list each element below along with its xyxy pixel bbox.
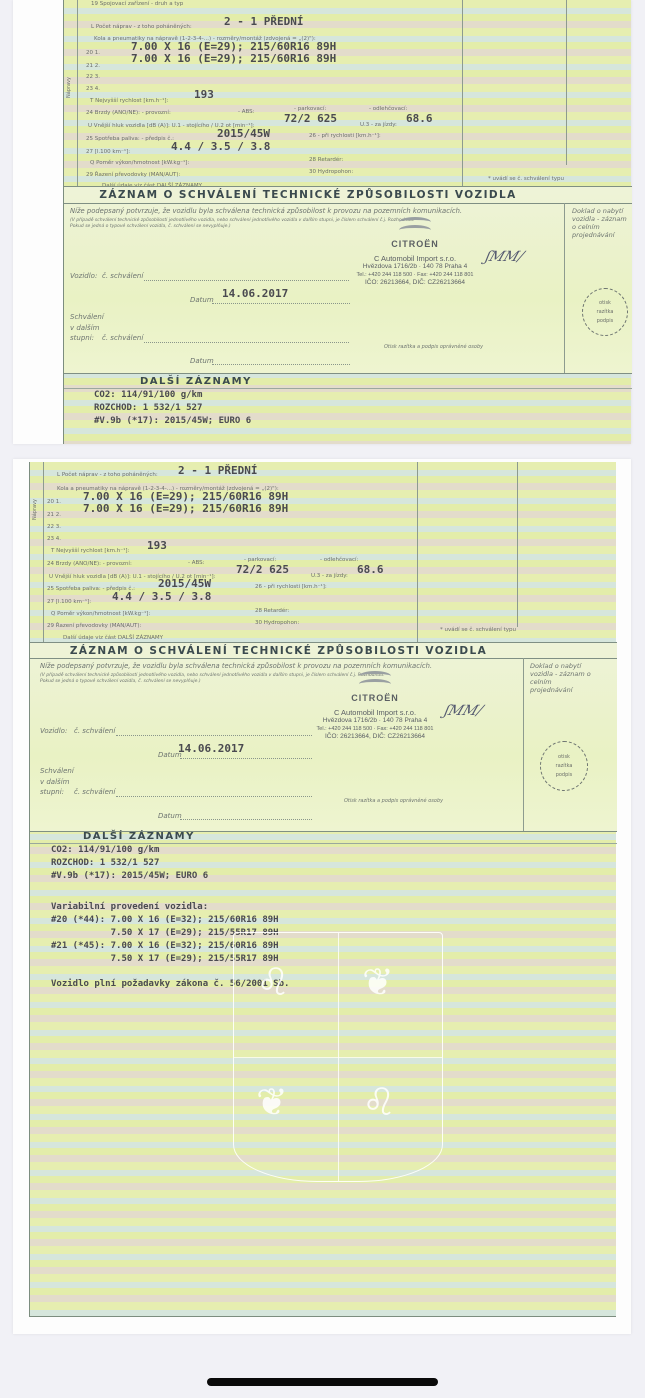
relief-brake-label: - odlehčovací: bbox=[369, 106, 407, 112]
date-value: 14.06.2017 bbox=[222, 287, 288, 300]
date-label: Datum bbox=[158, 812, 182, 820]
type-note: * uvádí se č. schválení typu bbox=[488, 176, 564, 182]
power-weight-label: Q Poměr výkon/hmotnost [kW.kg⁻¹]: bbox=[90, 160, 189, 166]
stamp-caption: Otisk razítka a podpis oprávněné osoby bbox=[384, 344, 483, 350]
hydro-label: 30 Hydropohon: bbox=[255, 620, 299, 626]
relief-brake-label: - odlehčovací: bbox=[320, 557, 358, 563]
wheel-row-label: 22 3. bbox=[47, 524, 61, 530]
next-stage-label: v dalším bbox=[40, 778, 69, 786]
wheel-row-value: 7.00 X 16 (E=29); 215/60R16 89H bbox=[83, 502, 288, 515]
stamp-text: podpis bbox=[583, 318, 627, 324]
axles-value: 2 - 1 PŘEDNÍ bbox=[224, 15, 303, 28]
approval-section: ZÁZNAM O SCHVÁLENÍ TECHNICKÉ ZPŮSOBILOST… bbox=[30, 643, 617, 831]
certificate-sheet: Nápravy 19 Spojovací zařízení - druh a t… bbox=[63, 0, 631, 444]
more-records-title: DALŠÍ ZÁZNAMY bbox=[83, 831, 195, 842]
next-stage-label: stupni: bbox=[70, 334, 94, 342]
fuel-value: 2015/45W bbox=[158, 577, 211, 590]
citroen-chevron-icon bbox=[399, 225, 431, 235]
stamp-text: razítka bbox=[583, 309, 627, 315]
max-speed-label: T Nejvyšší rychlost [km.h⁻¹]: bbox=[90, 98, 168, 104]
wheel-row-label: 22 3. bbox=[86, 74, 100, 80]
lion-icon: ♌ bbox=[362, 1083, 396, 1121]
company-stamp: CITROËN C Automobil Import s.r.o. Hvězdo… bbox=[300, 671, 450, 741]
gearbox-label: 29 Řazení převodovky (MAN/AUT): bbox=[47, 623, 141, 629]
wheel-row-label: 21 2. bbox=[47, 512, 61, 518]
max-speed-value: 193 bbox=[194, 88, 214, 101]
approval-number-label: č. schválení bbox=[102, 334, 143, 342]
approval-title: ZÁZNAM O SCHVÁLENÍ TECHNICKÉ ZPŮSOBILOST… bbox=[64, 189, 552, 201]
signature: ʃMM/ bbox=[483, 249, 526, 265]
approval-number-label: č. schválení bbox=[102, 272, 143, 280]
company-ids: IČO: 26213664, DIČ: CZ26213664 bbox=[300, 733, 450, 741]
stamp-text: razítka bbox=[541, 763, 587, 769]
approval-note-2: Pokud se jedná o typové schválení vozidl… bbox=[40, 679, 201, 684]
next-stage-label: Schválení bbox=[70, 313, 104, 321]
document-page-2[interactable]: Nápravy L Počet náprav - z toho poháněný… bbox=[13, 459, 631, 1334]
home-indicator[interactable] bbox=[207, 1378, 438, 1386]
left-strip bbox=[30, 462, 44, 643]
lion-icon: ♌ bbox=[256, 963, 290, 1001]
next-stage-label: v dalším bbox=[70, 324, 99, 332]
company-ids: IČO: 26213664, DIČ: CZ26213664 bbox=[340, 279, 490, 287]
variants-title: Variabilní provedení vozidla: bbox=[51, 902, 208, 912]
next-stage-label: stupni: bbox=[40, 788, 64, 796]
approval-note-2: Pokud se jedná o typové schválení vozidl… bbox=[70, 224, 231, 229]
axles-label: L Počet náprav - z toho poháněných: bbox=[57, 472, 158, 478]
max-speed-value: 193 bbox=[147, 539, 167, 552]
brakes-label: 24 Brzdy (ANO/NE): - provozní: bbox=[86, 110, 171, 116]
approval-number-label: č. schválení bbox=[74, 788, 115, 796]
vehicle-label: Vozidlo: bbox=[70, 272, 97, 280]
approval-section: ZÁZNAM O SCHVÁLENÍ TECHNICKÉ ZPŮSOBILOST… bbox=[64, 187, 632, 373]
company-address: Hvězdova 1716/2b · 140 78 Praha 4 bbox=[340, 263, 490, 271]
record-line: CO2: 114/91/100 g/km bbox=[51, 845, 159, 855]
brakes-label: 24 Brzdy (ANO/NE): - provozní: bbox=[47, 561, 132, 567]
citroen-chevron-icon bbox=[359, 679, 391, 689]
certificate-sheet: Nápravy L Počet náprav - z toho poháněný… bbox=[29, 462, 616, 1317]
date-label: Datum bbox=[190, 296, 214, 304]
abs-label: - ABS: bbox=[188, 560, 205, 566]
record-line: #V.9b (*17): 2015/45W; EURO 6 bbox=[51, 871, 208, 881]
axles-side-label: Nápravy bbox=[66, 77, 72, 98]
more-records-title: DALŠÍ ZÁZNAMY bbox=[140, 376, 252, 387]
stamp-caption: Otisk razítka a podpis oprávněné osoby bbox=[344, 798, 443, 804]
record-line: #V.9b (*17): 2015/45W; EURO 6 bbox=[94, 416, 251, 426]
type-note: * uvádí se č. schválení typu bbox=[440, 627, 516, 633]
variant-line: #20 (*44): 7.00 X 16 (E=32); 215/60R16 8… bbox=[51, 915, 279, 925]
vehicle-label: Vozidlo: bbox=[40, 727, 67, 735]
record-line: CO2: 114/91/100 g/km bbox=[94, 390, 202, 400]
axles-side-label: Nápravy bbox=[32, 499, 38, 520]
wheel-row-label: 21 2. bbox=[86, 63, 100, 69]
stamp-text: podpis bbox=[541, 772, 587, 778]
row19-label: 19 Spojovací zařízení - druh a typ bbox=[91, 1, 183, 7]
max-speed-label: T Nejvyšší rychlost [km.h⁻¹]: bbox=[51, 548, 129, 554]
noise-u3-value: 68.6 bbox=[357, 563, 384, 576]
company-brand: CITROËN bbox=[300, 693, 450, 703]
hydro-label: 30 Hydropohon: bbox=[309, 169, 353, 175]
wheel-row-label: 20 1. bbox=[47, 499, 61, 505]
company-brand: CITROËN bbox=[340, 239, 490, 249]
wheel-row-label: 20 1. bbox=[86, 50, 100, 56]
axles-label: L Počet náprav - z toho poháněných: bbox=[91, 24, 192, 30]
power-weight-label: Q Poměr výkon/hmotnost [kW.kg⁻¹]: bbox=[51, 611, 150, 617]
noise-u3-label: U.3 - za jízdy: bbox=[360, 122, 397, 128]
stamp-text: otisk bbox=[541, 754, 587, 760]
eagle-icon: ❦ bbox=[362, 963, 394, 1001]
coat-of-arms-watermark: ♌ ❦ ❦ ♌ bbox=[233, 932, 443, 1182]
approval-title: ZÁZNAM O SCHVÁLENÍ TECHNICKÉ ZPŮSOBILOST… bbox=[30, 645, 527, 657]
company-phone: Tel.: +420 244 118 500 · Fax: +420 244 1… bbox=[300, 725, 450, 733]
document-page-1[interactable]: Nápravy 19 Spojovací zařízení - druh a t… bbox=[13, 0, 631, 444]
retarder-label: 28 Retardér: bbox=[255, 608, 289, 614]
stamp-circle: otisk razítka podpis bbox=[582, 288, 628, 336]
retarder-label: 28 Retardér: bbox=[309, 157, 343, 163]
axles-value: 2 - 1 PŘEDNÍ bbox=[178, 464, 257, 477]
company-stamp: CITROËN C Automobil Import s.r.o. Hvězdo… bbox=[340, 217, 490, 287]
eagle-icon: ❦ bbox=[256, 1083, 288, 1121]
company-name: C Automobil Import s.r.o. bbox=[300, 709, 450, 717]
approval-statement: Níže podepsaný potvrzuje, že vozidlu byl… bbox=[70, 207, 462, 215]
gearbox-label: 29 Řazení převodovky (MAN/AUT): bbox=[86, 172, 180, 178]
consumption-label: 27 [l.100 km⁻¹]: bbox=[47, 599, 91, 605]
record-line: ROZCHOD: 1 532/1 527 bbox=[51, 858, 159, 868]
record-line: ROZCHOD: 1 532/1 527 bbox=[94, 403, 202, 413]
noise-value: 72/2 625 bbox=[236, 563, 289, 576]
consumption-label: 27 [l.100 km⁻¹]: bbox=[86, 149, 130, 155]
next-stage-label: Schválení bbox=[40, 767, 74, 775]
wheel-row-label: 23 4. bbox=[86, 86, 100, 92]
fuel-speed-label: 26 - při rychlosti [km.h⁻¹]: bbox=[255, 584, 327, 590]
company-phone: Tel.: +420 244 118 500 · Fax: +420 244 1… bbox=[340, 271, 490, 279]
abs-label: - ABS: bbox=[238, 109, 255, 115]
noise-value: 72/2 625 bbox=[284, 112, 337, 125]
stamp-circle: otisk razítka podpis bbox=[540, 741, 588, 791]
wheel-row-value: 7.00 X 16 (E=29); 215/60R16 89H bbox=[131, 52, 336, 65]
company-address: Hvězdova 1716/2b · 140 78 Praha 4 bbox=[300, 717, 450, 725]
customs-record-label: Doklad o nabytí vozidla - záznam o celní… bbox=[530, 662, 592, 694]
date-value: 14.06.2017 bbox=[178, 742, 244, 755]
approval-statement: Níže podepsaný potvrzuje, že vozidlu byl… bbox=[40, 662, 432, 670]
date-label: Datum bbox=[190, 357, 214, 365]
noise-u3-label: U.3 - za jízdy: bbox=[311, 573, 348, 579]
company-name: C Automobil Import s.r.o. bbox=[340, 255, 490, 263]
customs-record-label: Doklad o nabytí vozidla - záznam o celní… bbox=[572, 207, 630, 239]
noise-u3-value: 68.6 bbox=[406, 112, 433, 125]
approval-number-label: č. schválení bbox=[74, 727, 115, 735]
fuel-label: 25 Spotřeba paliva: - předpis č.: bbox=[86, 136, 174, 142]
signature: ʃMM/ bbox=[442, 703, 485, 719]
consumption-value: 4.4 / 3.5 / 3.8 bbox=[112, 590, 211, 603]
wheel-row-label: 23 4. bbox=[47, 536, 61, 542]
more-info-label: Další údaje viz část DALŠÍ ZÁZNAMY bbox=[63, 635, 163, 641]
fuel-speed-label: 26 - při rychlosti [km.h⁻¹]: bbox=[309, 133, 381, 139]
consumption-value: 4.4 / 3.5 / 3.8 bbox=[171, 140, 270, 153]
stamp-text: otisk bbox=[583, 300, 627, 306]
fuel-value: 2015/45W bbox=[217, 127, 270, 140]
